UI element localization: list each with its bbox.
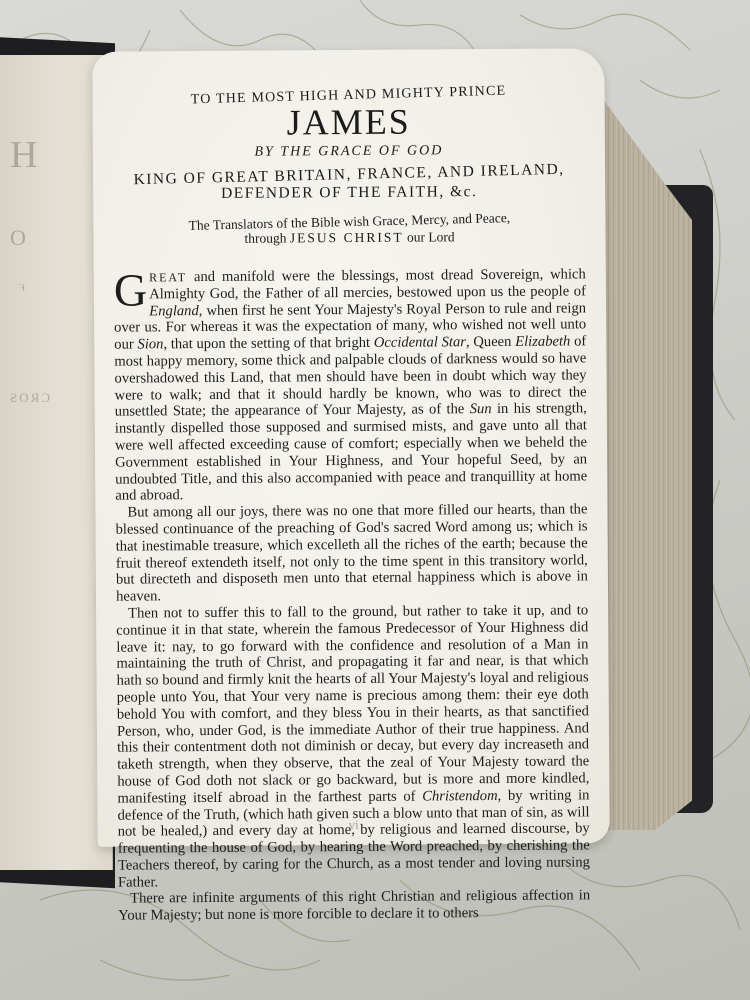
text: , Queen (466, 334, 515, 350)
bleed-through-text: H (10, 133, 37, 177)
text: , that upon the setting of that bright (163, 335, 373, 352)
text: and manifold were the blessings, most dr… (149, 266, 586, 302)
dedication-header: TO THE MOST HIGH AND MIGHTY PRINCE JAMES… (92, 86, 605, 248)
bleed-through-text: O (10, 225, 26, 251)
italic-text: Elizabeth (515, 334, 570, 350)
blessing-text: our Lord (403, 229, 454, 244)
bleed-through-text: F (20, 283, 25, 293)
blessing-caps: JESUS CHRIST (290, 230, 404, 246)
paragraph-4: There are infinite arguments of this rig… (118, 888, 590, 925)
bleed-through-text: CROS (8, 390, 50, 406)
blessing-text: through (244, 230, 289, 245)
right-page: TO THE MOST HIGH AND MIGHTY PRINCE JAMES… (92, 48, 610, 847)
drop-cap: G (114, 271, 147, 309)
page-block-edge (600, 95, 692, 830)
italic-text: Christendom (422, 788, 498, 805)
paragraph-2: But among all our joys, there was no one… (115, 502, 588, 606)
grace-line: BY THE GRACE OF GOD (93, 142, 605, 162)
small-caps-text: REAT (149, 270, 187, 284)
italic-text: Occidental Star (374, 334, 466, 351)
text: Then not to suffer this to fall to the g… (116, 602, 589, 806)
paragraph-3: Then not to suffer this to fall to the g… (116, 602, 590, 891)
italic-text: Sun (470, 401, 492, 417)
italic-text: England (149, 303, 199, 319)
italic-text: Sion (137, 336, 163, 352)
paragraph-1: GREAT and manifold were the blessings, m… (114, 266, 588, 504)
